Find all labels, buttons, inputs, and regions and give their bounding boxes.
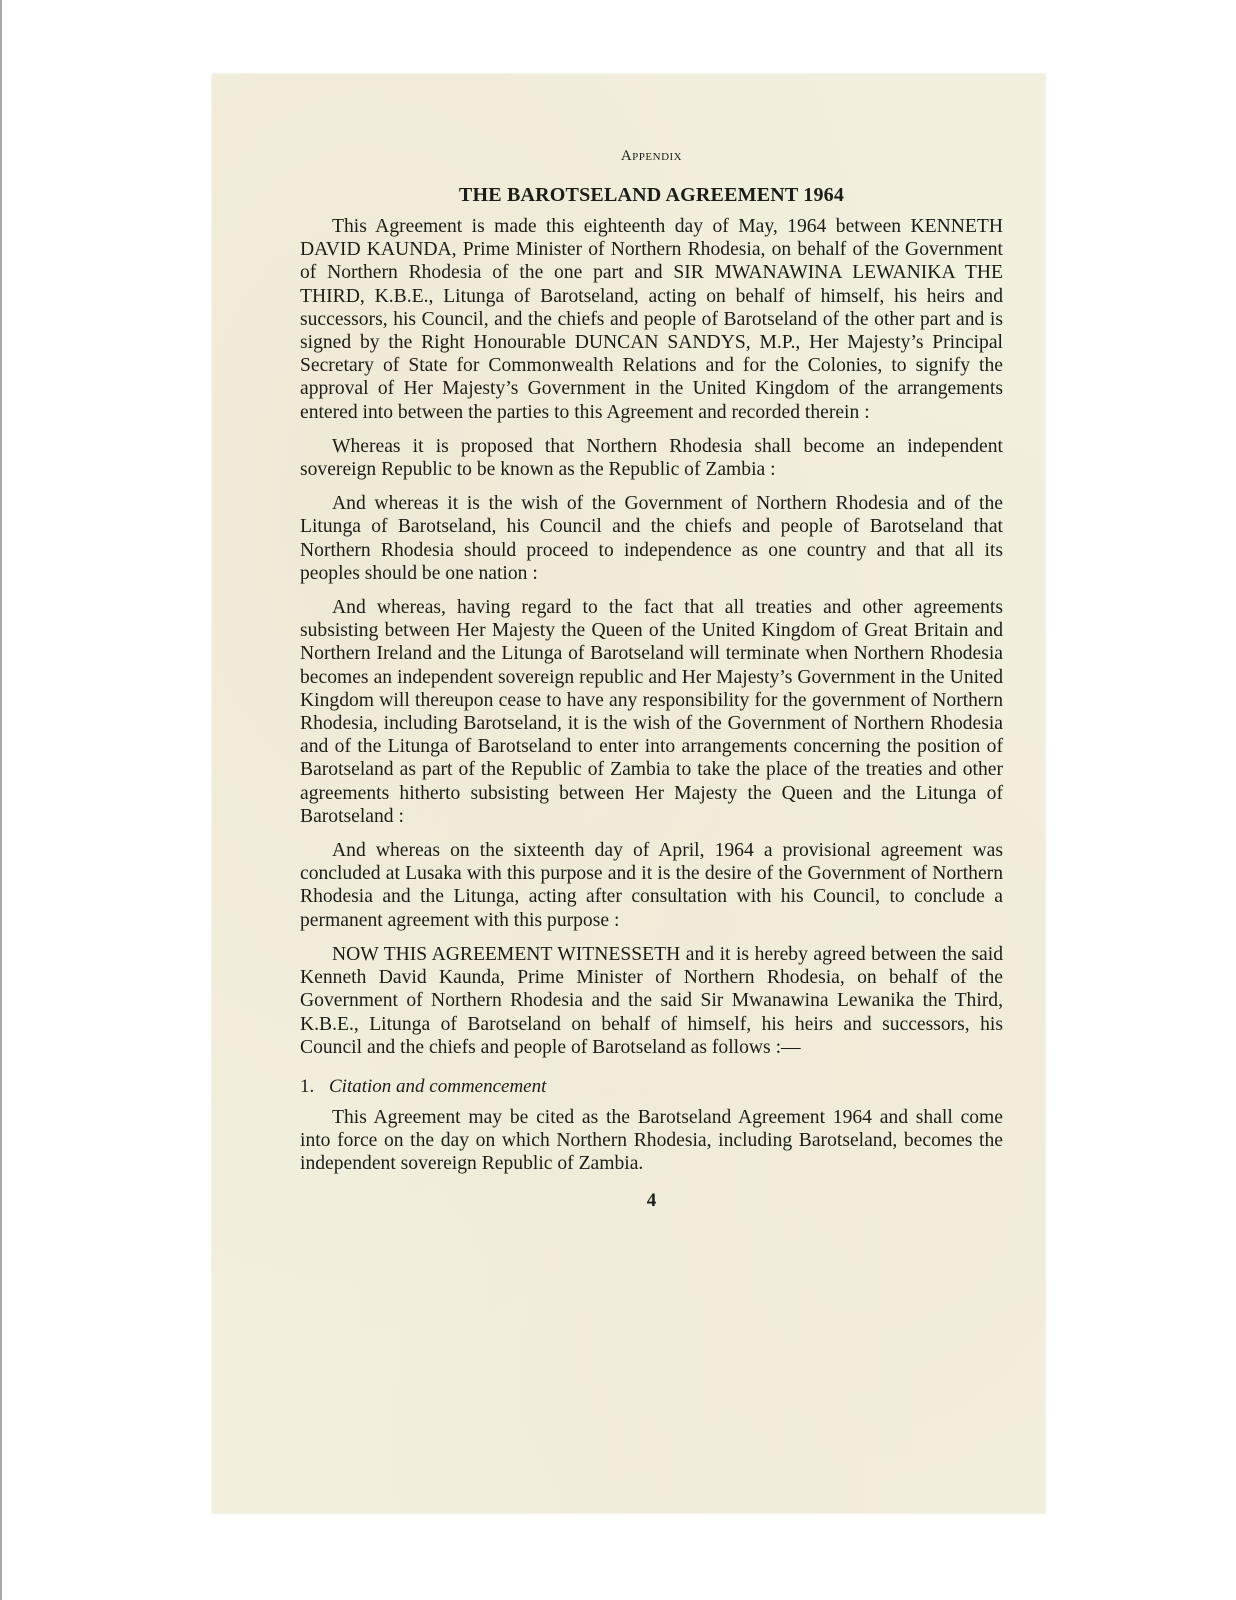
section-number: 1. xyxy=(300,1076,314,1097)
document-title: THE BAROTSELAND AGREEMENT 1964 xyxy=(300,182,1003,208)
scanned-page: Appendix THE BAROTSELAND AGREEMENT 1964 … xyxy=(212,74,1045,1513)
preamble-paragraph: This Agreement is made this eighteenth d… xyxy=(300,215,1003,424)
whereas-paragraph-one-nation: And whereas it is the wish of the Govern… xyxy=(300,492,1003,585)
section-heading-label: Citation and commencement xyxy=(329,1076,546,1097)
whereas-paragraph-treaties: And whereas, having regard to the fact t… xyxy=(300,596,1003,828)
section-body-citation: This Agreement may be cited as the Barot… xyxy=(300,1106,1003,1176)
whereas-paragraph-provisional-agreement: And whereas on the sixteenth day of Apri… xyxy=(300,839,1003,932)
whereas-paragraph-republic: Whereas it is proposed that Northern Rho… xyxy=(300,435,1003,481)
section-heading-citation: 1. Citation and commencement xyxy=(300,1075,1003,1098)
appendix-label: Appendix xyxy=(300,146,1003,166)
page-text-block: Appendix THE BAROTSELAND AGREEMENT 1964 … xyxy=(300,146,1003,1212)
witnesseth-paragraph: NOW THIS AGREEMENT WITNESSETH and it is … xyxy=(300,943,1003,1059)
page-number: 4 xyxy=(300,1190,1003,1212)
